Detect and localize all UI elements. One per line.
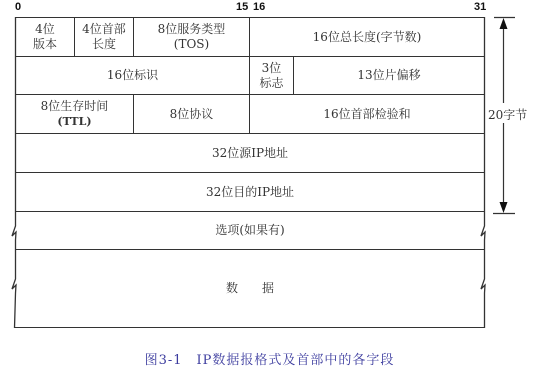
field-data: 数 据 bbox=[16, 250, 484, 327]
field-flags-line2: 标志 bbox=[259, 76, 283, 91]
field-source-ip: 32位源IP地址 bbox=[16, 134, 484, 172]
field-header-length-line2: 长度 bbox=[82, 37, 126, 52]
field-protocol: 8位协议 bbox=[134, 95, 249, 133]
field-version: 4位版本 bbox=[16, 18, 74, 56]
field-ttl: 8位生存时间(TTL) bbox=[16, 95, 133, 133]
field-tos: 8位服务类型(TOS) bbox=[134, 18, 249, 56]
field-flags: 3位标志 bbox=[250, 57, 293, 94]
field-ttl-line1: 8位生存时间 bbox=[41, 99, 109, 114]
header-size-label: 20字节 bbox=[486, 106, 529, 123]
field-total-length: 16位总长度(字节数) bbox=[250, 18, 484, 56]
field-version-line2: 版本 bbox=[33, 37, 57, 52]
field-identification: 16位标识 bbox=[16, 57, 249, 94]
figure-caption: 图3-1 IP数据报格式及首部中的各字段 bbox=[0, 349, 539, 368]
field-header-length: 4位首部长度 bbox=[75, 18, 133, 56]
field-ttl-line2: (TTL) bbox=[41, 114, 109, 129]
field-dest-ip: 32位目的IP地址 bbox=[16, 173, 484, 211]
field-flags-line1: 3位 bbox=[259, 61, 283, 76]
field-tos-line1: 8位服务类型 bbox=[158, 22, 226, 37]
field-header-length-line1: 4位首部 bbox=[82, 22, 126, 37]
field-version-line1: 4位 bbox=[33, 22, 57, 37]
field-header-checksum: 16位首部检验和 bbox=[250, 95, 484, 133]
field-options: 选项(如果有) bbox=[16, 212, 484, 249]
field-tos-line2: (TOS) bbox=[158, 37, 226, 52]
field-fragment-offset: 13位片偏移 bbox=[294, 57, 484, 94]
